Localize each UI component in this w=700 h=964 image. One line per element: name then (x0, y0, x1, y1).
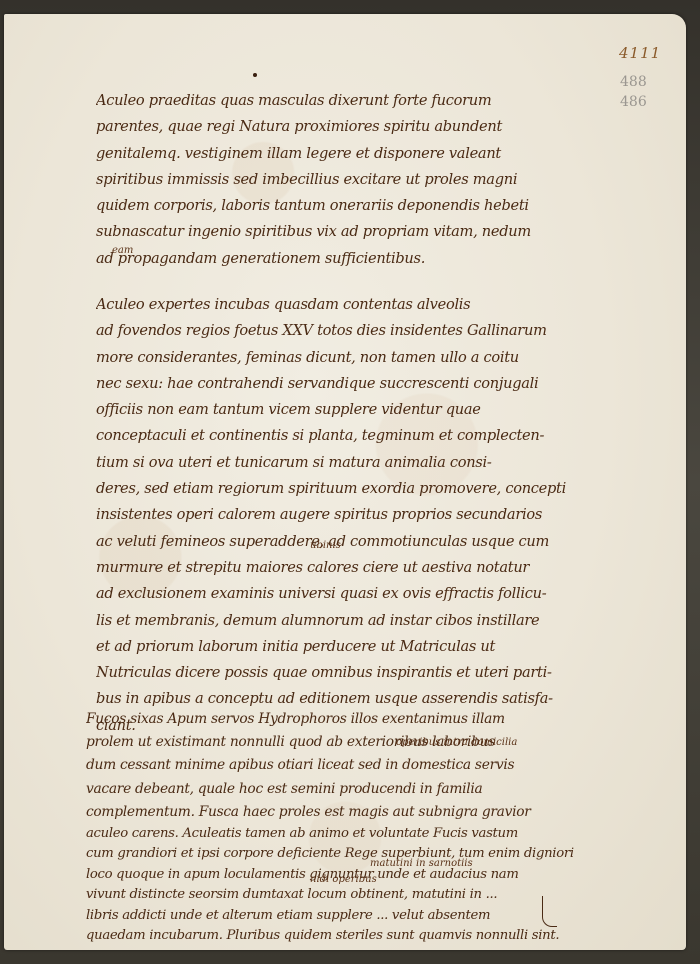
text-line: vivunt distincte seorsim dumtaxat locum … (86, 885, 596, 906)
text-line: Nutriculas dicere possis quae omnibus in… (96, 660, 596, 686)
text-line: spiritibus immissis sed imbecillius exci… (96, 167, 596, 193)
text-line: prolem ut existimant nonnulli quod ab ex… (86, 731, 596, 754)
text-line: ac veluti femineos superaddere, ad commo… (96, 529, 596, 555)
text-line: nec sexu: hae contrahendi servandique su… (96, 371, 596, 397)
text-line: quaedam incubarum. Pluribus quidem steri… (86, 926, 596, 947)
folio-number-pencil: 488 (620, 74, 647, 90)
text-line: quidem corporis, laboris tantum onerarii… (96, 193, 596, 219)
folio-number-ink: 4111 (619, 44, 661, 62)
paragraph-3: Fucos sixas Apum servos Hydrophoros illo… (86, 708, 596, 947)
interlinear-note: ubinis (310, 540, 341, 551)
text-line: deres, sed etiam regiorum spirituum exor… (96, 476, 596, 502)
text-line: Aculeo praeditas quas masculas dixerunt … (96, 88, 596, 114)
text-line: insistentes operi calorem augere spiritu… (96, 502, 596, 528)
text-line: ad propagandam generationem sufficientib… (96, 246, 596, 272)
text-line: officiis non eam tantum vicem supplere v… (96, 397, 596, 423)
paragraph-1: Aculeo praeditas quas masculas dixerunt … (96, 88, 596, 272)
text-line: ad exclusionem examinis universi quasi e… (96, 581, 596, 607)
text-line: subnascatur ingenio spiritibus vix ad pr… (96, 219, 596, 245)
text-line: tium si ova uteri et tunicarum si matura… (96, 450, 596, 476)
text-line: vacare debeant, quale hoc est semini pro… (86, 778, 596, 801)
text-line: conceptaculi et continentis si planta, t… (96, 423, 596, 449)
end-flourish (542, 896, 557, 927)
text-line: murmure et strepitu maiores calores cier… (96, 555, 596, 581)
folio-number-pencil: 486 (620, 94, 647, 110)
text-line: Fucos sixas Apum servos Hydrophoros illo… (86, 708, 596, 731)
ink-blot (253, 73, 257, 77)
text-line: genitalemq. vestiginem illam legere et d… (96, 141, 596, 167)
interlinear-note: nidi operibus (310, 874, 377, 885)
text-line: parentes, quae regi Natura proximiores s… (96, 114, 596, 140)
text-line: dum cessant minime apibus otiari liceat … (86, 754, 596, 777)
text-line: lis et membranis, demum alumnorum ad ins… (96, 608, 596, 634)
text-line: aculeo carens. Aculeatis tamen ab animo … (86, 824, 596, 845)
interlinear-note: matutini in sarnotiis (370, 858, 473, 869)
text-line: libris addicti unde et alterum etiam sup… (86, 906, 596, 927)
paragraph-2: Aculeo expertes incubas quasdam contenta… (96, 292, 596, 739)
text-line: complementum. Fusca haec proles est magi… (86, 801, 596, 824)
text-line: more considerantes, feminas dicunt, non … (96, 345, 596, 371)
text-line: Aculeo expertes incubas quasdam contenta… (96, 292, 596, 318)
text-line: cum grandiori et ipsi corpore deficiente… (86, 844, 596, 865)
text-line: et ad priorum laborum initia perducere u… (96, 634, 596, 660)
interlinear-note: eam (112, 245, 133, 256)
text-line: ad fovendos regios foetus XXV totos dies… (96, 318, 596, 344)
interlinear-note: operibus intra domicilia (396, 737, 517, 748)
